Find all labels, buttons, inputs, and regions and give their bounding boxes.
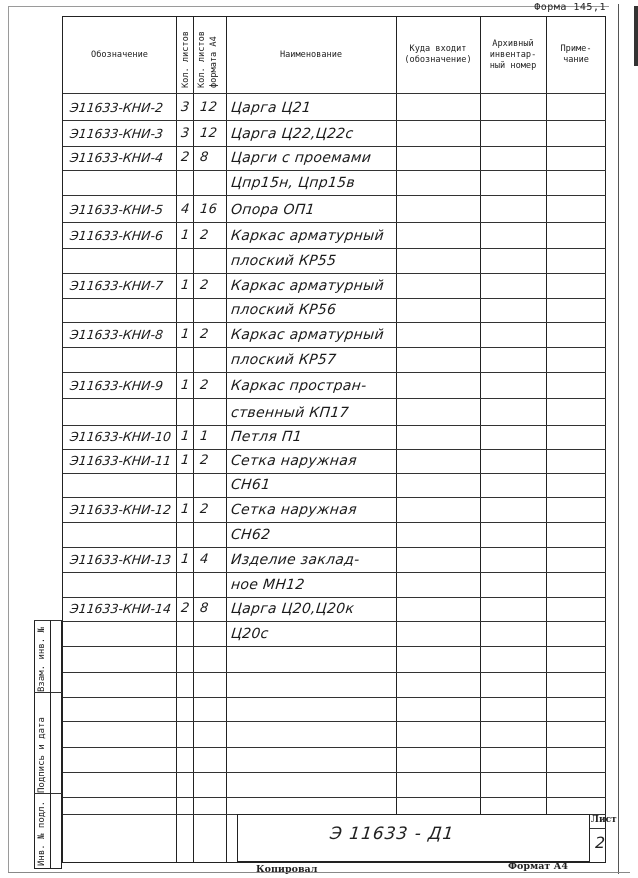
- row-name: Изделие заклад-: [230, 552, 360, 568]
- row-a4-count: 2: [199, 453, 209, 468]
- row-divider: [63, 621, 606, 622]
- row-divider: [63, 747, 606, 748]
- row-designation: Э11633-КНИ-4: [69, 150, 164, 165]
- row-divider: [63, 547, 606, 548]
- side-inner-divider: [50, 620, 51, 869]
- row-sheet-count: 1: [180, 429, 190, 444]
- row-divider: [63, 248, 606, 249]
- row-name: Каркас арматурный: [230, 228, 385, 244]
- row-name: СН61: [230, 477, 271, 493]
- row-divider: [63, 195, 606, 196]
- row-name: Сетка наружная: [230, 453, 358, 469]
- row-name: Цпр15н, Цпр15в: [230, 175, 356, 191]
- header-where-used-line1: Куда входит: [410, 44, 467, 55]
- header-note-line2: чание: [563, 55, 589, 66]
- row-name: ственный КП17: [230, 405, 349, 421]
- page-right-border: [618, 4, 619, 874]
- row-designation: Э11633-КНИ-12: [69, 502, 172, 517]
- row-sheet-count: 1: [180, 327, 190, 342]
- row-a4-count: 1: [199, 429, 209, 444]
- row-divider: [63, 347, 606, 348]
- row-name: плоский КР56: [230, 302, 337, 318]
- row-sheet-count: 3: [180, 126, 190, 141]
- row-designation: Э11633-КНИ-11: [69, 453, 172, 468]
- row-divider: [63, 273, 606, 274]
- header-designation: Обозначение: [63, 17, 176, 93]
- side-signature-date: Подпись и дата: [37, 717, 47, 793]
- header-name-text: Наименование: [280, 50, 342, 61]
- row-name: Петля П1: [230, 429, 303, 445]
- column-divider: [193, 17, 194, 862]
- row-divider: [63, 170, 606, 171]
- header-a4-count-line2: формата А4: [209, 36, 220, 88]
- row-divider: [63, 497, 606, 498]
- column-divider: [176, 17, 177, 862]
- row-divider: [63, 697, 606, 698]
- header-archive-line3: ный номер: [490, 61, 537, 72]
- row-divider: [63, 322, 606, 323]
- row-sheet-count: 1: [180, 502, 190, 517]
- row-a4-count: 2: [199, 278, 209, 293]
- row-a4-count: 12: [199, 100, 218, 115]
- row-name: Царга Ц21: [230, 100, 312, 116]
- page-bottom-rule: [8, 872, 630, 873]
- row-designation: Э11633-КНИ-13: [69, 552, 172, 567]
- row-divider: [63, 449, 606, 450]
- header-designation-text: Обозначение: [91, 50, 148, 61]
- header-archive-line2: инвентар-: [490, 50, 537, 61]
- document-code: Э 11633 - Д1: [329, 824, 456, 844]
- footer-format: Формат А4: [508, 861, 568, 872]
- row-sheet-count: 3: [180, 100, 190, 115]
- row-designation: Э11633-КНИ-2: [69, 100, 164, 115]
- row-designation: Э11633-КНИ-10: [69, 429, 172, 444]
- row-designation: Э11633-КНИ-14: [69, 601, 172, 616]
- row-sheet-count: 2: [180, 601, 190, 616]
- row-divider: [63, 93, 606, 94]
- side-top: [34, 620, 62, 621]
- header-note-line1: Приме-: [560, 44, 591, 55]
- row-divider: [63, 298, 606, 299]
- row-sheet-count: 1: [180, 278, 190, 293]
- row-name: СН62: [230, 527, 271, 543]
- row-divider: [63, 222, 606, 223]
- row-sheet-count: 1: [180, 228, 190, 243]
- header-where-used-line2: (обозначение): [404, 55, 471, 66]
- column-divider: [226, 17, 227, 862]
- row-designation: Э11633-КНИ-7: [69, 278, 164, 293]
- row-divider: [63, 120, 606, 121]
- row-designation: Э11633-КНИ-5: [69, 202, 164, 217]
- row-divider: [63, 721, 606, 722]
- scan-edge: [634, 6, 638, 66]
- row-divider: [63, 646, 606, 647]
- row-sheet-count: 4: [180, 202, 190, 217]
- row-divider: [63, 146, 606, 147]
- row-divider: [63, 572, 606, 573]
- row-a4-count: 2: [199, 378, 209, 393]
- row-a4-count: 2: [199, 327, 209, 342]
- row-a4-count: 8: [199, 601, 209, 616]
- header-note: Приме- чание: [546, 17, 606, 93]
- row-divider: [63, 398, 606, 399]
- row-sheet-count: 1: [180, 453, 190, 468]
- header-sheet-count: Кол. листов: [181, 31, 192, 88]
- row-sheet-count: 2: [180, 150, 190, 165]
- row-divider: [63, 473, 606, 474]
- row-name: Царга Ц22,Ц22с: [230, 126, 354, 142]
- sheet-label: Лист: [591, 815, 617, 825]
- row-divider: [63, 597, 606, 598]
- row-name: Ц20с: [230, 626, 269, 642]
- side-original-inv: Инв. № подл.: [37, 801, 47, 866]
- row-name: Царга Ц20,Ц20к: [230, 601, 355, 617]
- header-archive: Архивный инвентар- ный номер: [480, 17, 546, 93]
- row-divider: [63, 797, 606, 798]
- header-where-used: Куда входит (обозначение): [396, 17, 480, 93]
- side-div2: [34, 793, 62, 794]
- row-designation: Э11633-КНИ-9: [69, 378, 164, 393]
- column-divider: [480, 17, 481, 814]
- row-name: Сетка наружная: [230, 502, 358, 518]
- row-name: плоский КР55: [230, 253, 337, 269]
- row-sheet-count: 1: [180, 378, 190, 393]
- row-divider: [63, 372, 606, 373]
- row-name: Каркас простран-: [230, 378, 367, 394]
- sheet-number: 2: [595, 833, 605, 852]
- header-archive-line1: Архивный: [492, 39, 533, 50]
- row-a4-count: 4: [199, 552, 209, 567]
- row-a4-count: 2: [199, 502, 209, 517]
- footer-copied: Копировал: [256, 864, 317, 875]
- row-name: Каркас арматурный: [230, 327, 385, 343]
- row-a4-count: 2: [199, 228, 209, 243]
- row-divider: [63, 672, 606, 673]
- row-a4-count: 12: [199, 126, 218, 141]
- row-a4-count: 8: [199, 150, 209, 165]
- side-replaced-inv: Взам. инв. №: [37, 627, 47, 692]
- row-name: плоский КР57: [230, 352, 337, 368]
- row-designation: Э11633-КНИ-6: [69, 228, 164, 243]
- column-divider: [396, 17, 397, 814]
- row-a4-count: 16: [199, 202, 218, 217]
- header-name: Наименование: [226, 17, 396, 93]
- form-label: Форма 145,1: [534, 2, 606, 13]
- header-a4-count-line1: Кол. листов: [197, 31, 208, 88]
- row-name: Опора ОП1: [230, 202, 315, 218]
- row-name: ное МН12: [230, 577, 305, 593]
- row-divider: [63, 425, 606, 426]
- row-name: Каркас арматурный: [230, 278, 385, 294]
- row-sheet-count: 1: [180, 552, 190, 567]
- column-divider: [546, 17, 547, 814]
- side-div1: [34, 692, 62, 693]
- row-designation: Э11633-КНИ-3: [69, 126, 164, 141]
- row-divider: [63, 772, 606, 773]
- row-name: Царги с проемами: [230, 150, 372, 166]
- row-designation: Э11633-КНИ-8: [69, 327, 164, 342]
- row-divider: [63, 522, 606, 523]
